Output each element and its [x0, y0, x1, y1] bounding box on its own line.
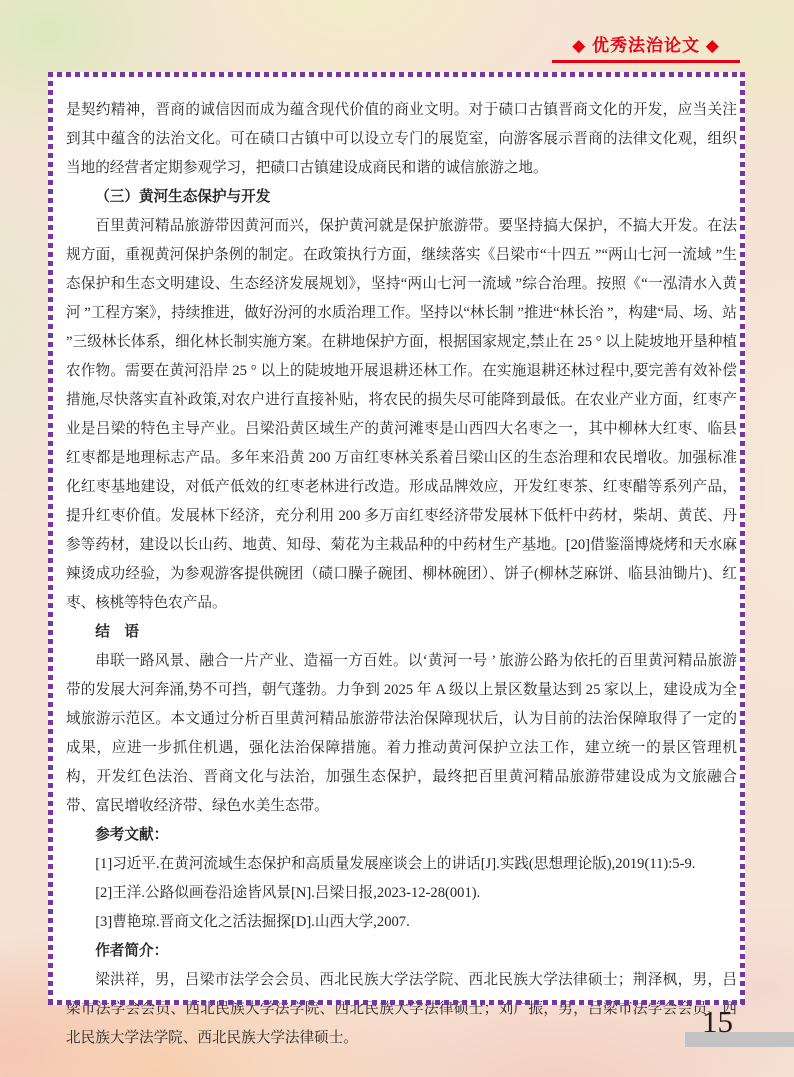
section-heading-references: 参考文献： [66, 821, 737, 850]
header-banner: ◆ 优秀法治论文 ◆ [552, 31, 740, 63]
dashed-border-right [740, 72, 745, 1005]
section-heading-ecology: （三）黄河生态保护与开发 [66, 183, 737, 212]
reference-item-3: [3]曹艳琼.晋商文化之活法掘探[D].山西大学,2007. [66, 908, 737, 937]
page-background: { "header": { "label": "◆ 优秀法治论文 ◆" }, "… [0, 0, 794, 1077]
reference-item-1: [1]习近平.在黄河流域生态保护和高质量发展座谈会上的讲话[J].实践(思想理论… [66, 850, 737, 879]
section-heading-conclusion: 结 语 [66, 618, 737, 647]
paragraph-authors: 梁洪祥，男，吕梁市法学会会员、西北民族大学法学院、西北民族大学法律硕士；荆泽枫，… [66, 966, 737, 1053]
dashed-border-bottom [48, 1000, 745, 1005]
header-label: ◆ 优秀法治论文 ◆ [572, 36, 720, 55]
reference-item-2: [2]王洋.公路似画卷沿途皆风景[N].吕梁日报,2023-12-28(001)… [66, 879, 737, 908]
dashed-border-top [48, 72, 745, 77]
paragraph-conclusion: 串联一路风景、融合一片产业、造福一方百姓。以‘黄河一号 ’ 旅游公路为依托的百里… [66, 647, 737, 821]
paragraph-continued: 是契约精神，晋商的诚信因而成为蕴含现代价值的商业文明。对于碛口古镇晋商文化的开发… [66, 96, 737, 183]
dashed-border-left [48, 72, 53, 1005]
paragraph-ecology: 百里黄河精品旅游带因黄河而兴，保护黄河就是保护旅游带。要坚持搞大保护，不搞大开发… [66, 212, 737, 618]
section-heading-authors: 作者简介： [66, 937, 737, 966]
page-number: 15 [702, 1006, 733, 1037]
article-body: 是契约精神，晋商的诚信因而成为蕴含现代价值的商业文明。对于碛口古镇晋商文化的开发… [66, 96, 737, 1053]
content-frame: 是契约精神，晋商的诚信因而成为蕴含现代价值的商业文明。对于碛口古镇晋商文化的开发… [48, 72, 745, 1005]
